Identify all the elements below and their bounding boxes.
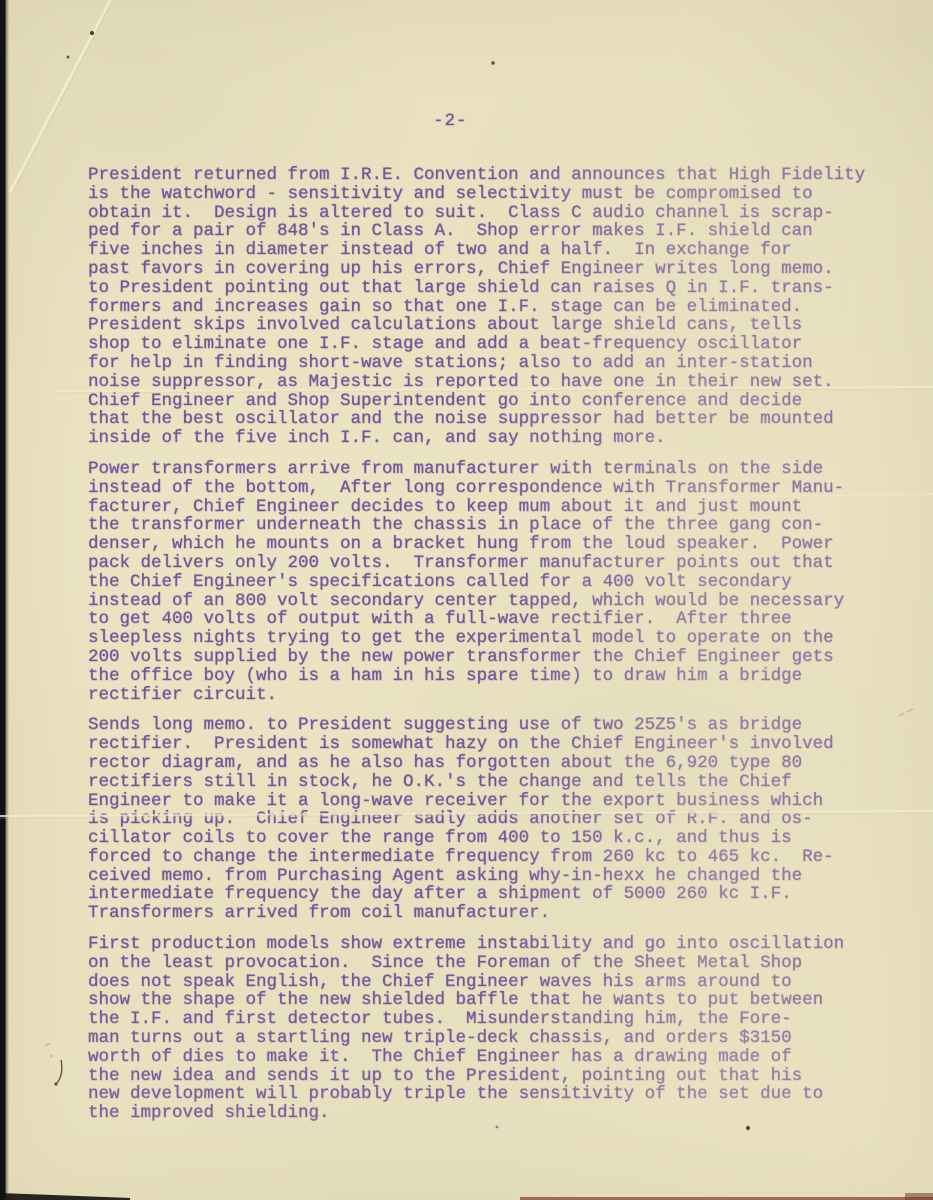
pen-mark-left-margin — [45, 1043, 62, 1086]
paragraph-3: Sends long memo. to President suggesting… — [88, 716, 893, 923]
paragraph-4: First production models show extreme ins… — [88, 935, 893, 1123]
scanner-edge-shadow — [0, 0, 9, 1200]
paragraph-1: President returned from I.R.E. Conventio… — [88, 166, 893, 448]
scanner-edge-bottom — [0, 1193, 933, 1200]
fold-crease-diagonal — [10, 0, 116, 192]
letter-body: President returned from I.R.E. Conventio… — [88, 166, 893, 1135]
page-number: -2- — [433, 112, 468, 131]
scanned-page: -2- President returned from I.R.E. Conve… — [0, 0, 933, 1200]
paragraph-2: Power transformers arrive from manufactu… — [88, 460, 893, 704]
pen-mark-right-margin — [899, 709, 913, 716]
